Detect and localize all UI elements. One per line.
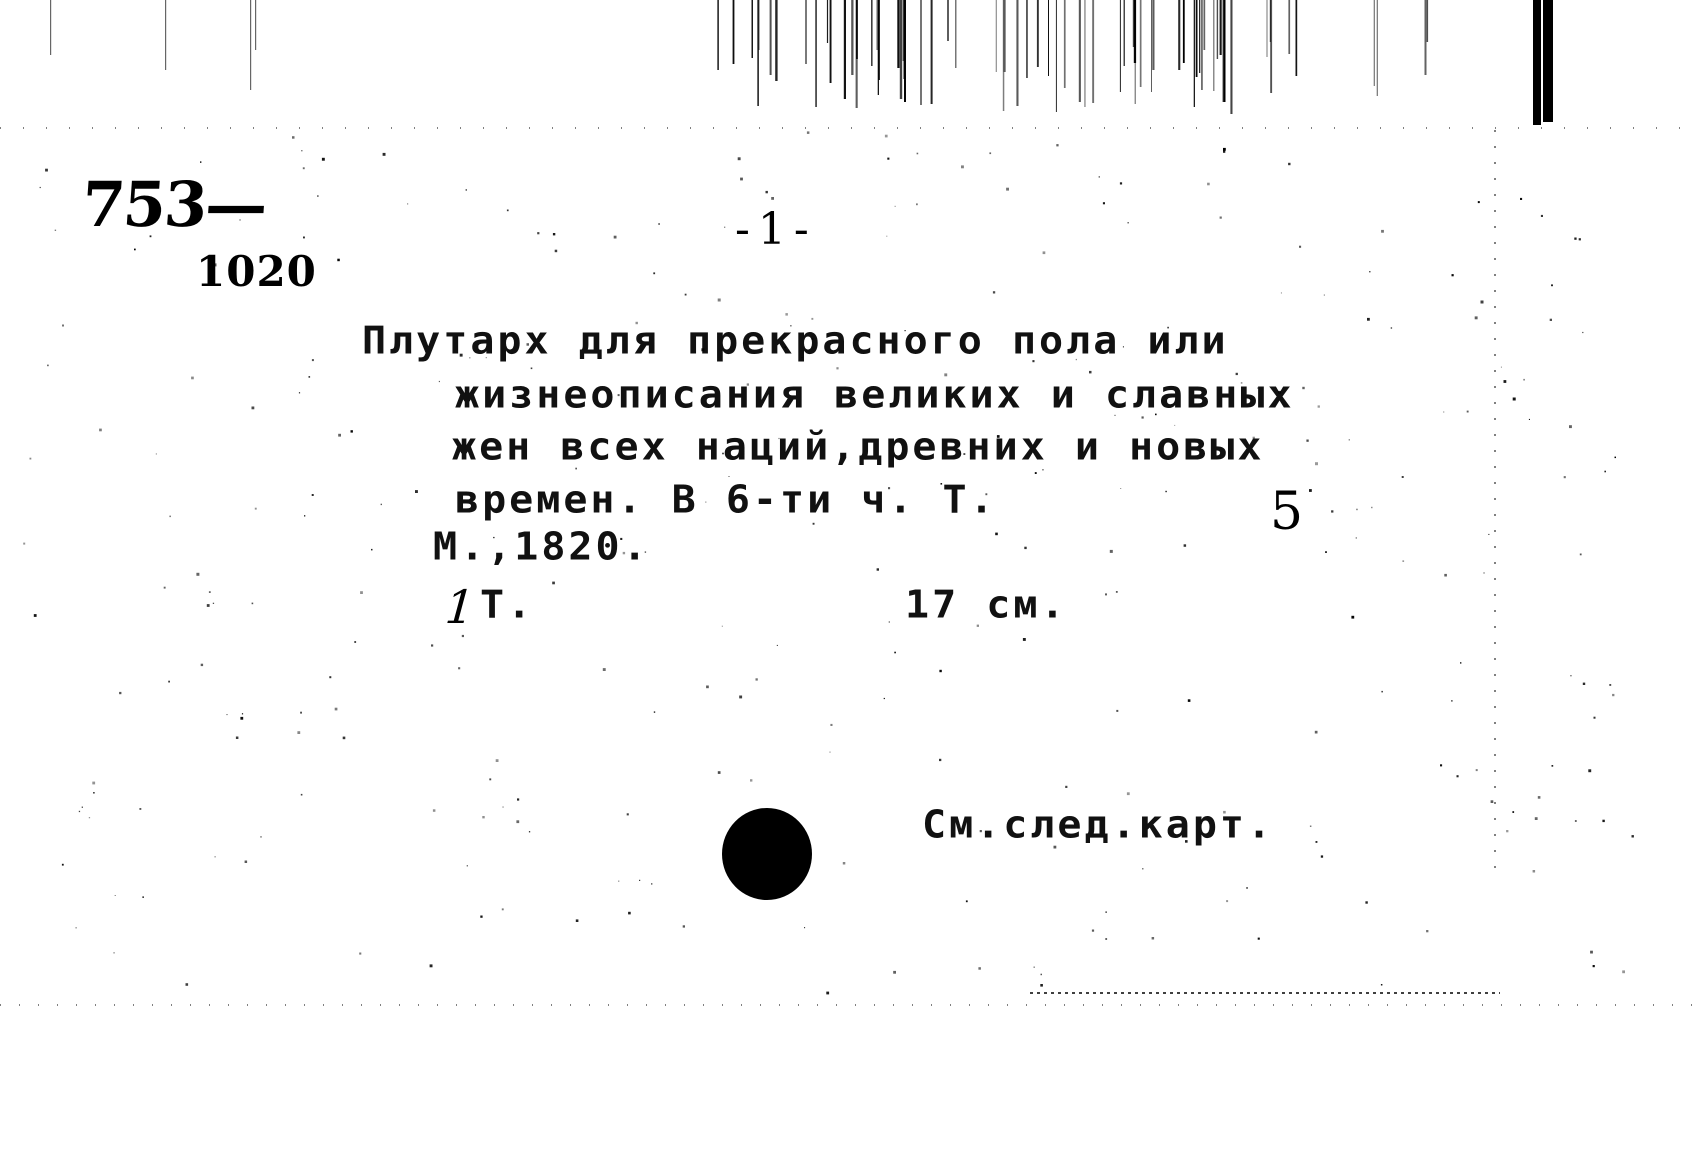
title-line-4: времен. В 6-ти ч. Т. bbox=[455, 481, 997, 519]
title-line-2: жизнеописания великих и славных bbox=[455, 376, 1295, 414]
title-line-1: Плутарх для прекрасного пола или bbox=[362, 322, 1229, 360]
call-number-line2: 1020 bbox=[196, 247, 317, 296]
handwritten-volume: 5 bbox=[1270, 482, 1303, 542]
page-number: -1- bbox=[735, 204, 817, 255]
handwritten-extent-number: 1 bbox=[438, 580, 482, 634]
see-next-card: См.след.карт. bbox=[922, 806, 1274, 844]
scan-artifact-barcode-strip bbox=[0, 0, 1696, 130]
call-number-line1: 753— bbox=[79, 168, 268, 241]
extent: Т. bbox=[480, 586, 534, 624]
punch-hole bbox=[722, 808, 812, 900]
catalog-card: 753— 1020 -1- Плутарх для прекрасного по… bbox=[0, 0, 1696, 1176]
imprint: М.,1820. bbox=[433, 528, 650, 566]
title-line-3: жен всех наций,древних и новых bbox=[452, 428, 1264, 466]
dimensions: 17 см. bbox=[905, 586, 1068, 624]
